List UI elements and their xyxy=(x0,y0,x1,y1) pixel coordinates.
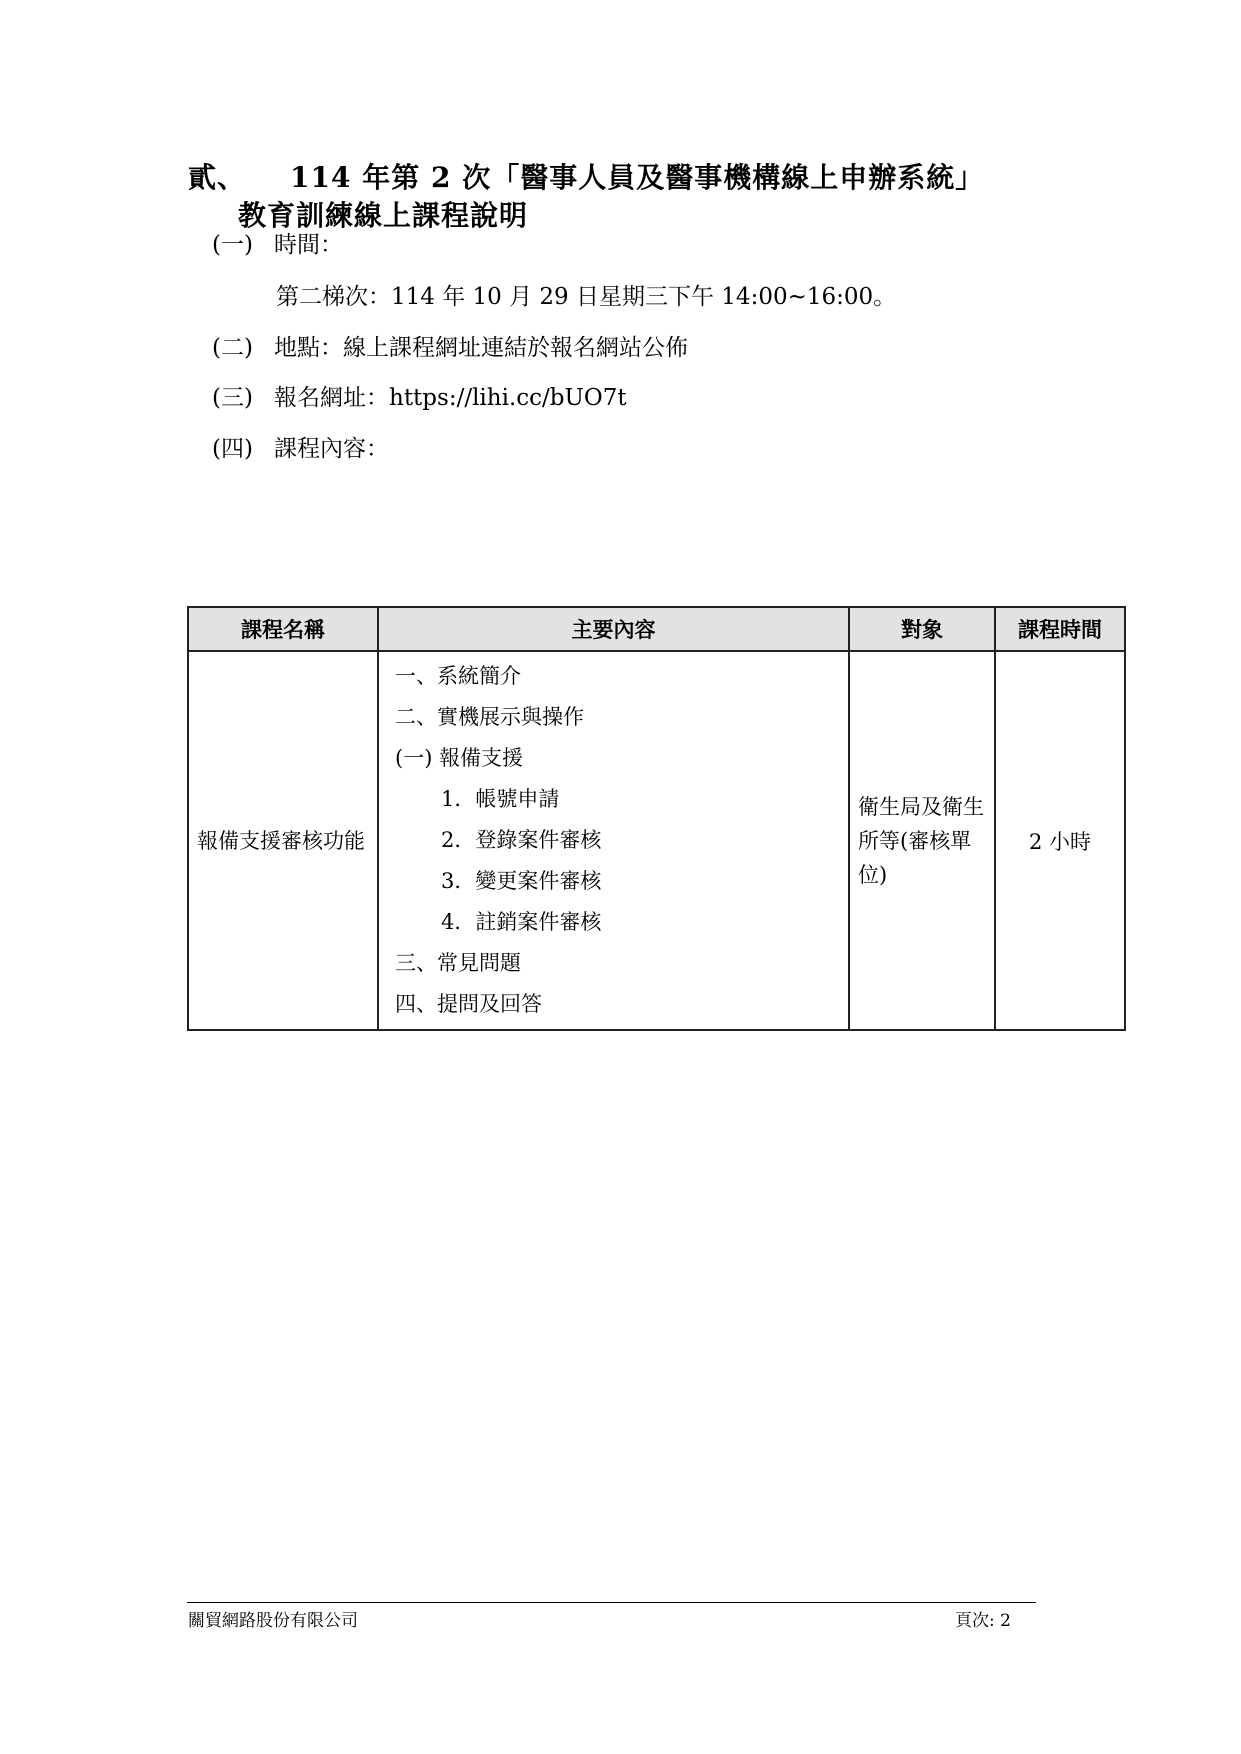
course-table: 課程名稱 主要內容 對象 課程時間 報備支援審核功能 一、系統簡介 二、實機展示… xyxy=(187,606,1126,1031)
content-line: 3．變更案件審核 xyxy=(395,861,832,902)
content-line: 二、實機展示與操作 xyxy=(395,697,832,738)
section-content: (四)課程內容： xyxy=(212,434,389,464)
cell-duration: 2 小時 xyxy=(995,651,1125,1030)
footer-page-number: 頁次: 2 xyxy=(955,1606,1011,1631)
section-mark: (三) xyxy=(212,383,274,413)
section-mark: (二) xyxy=(212,333,274,363)
content-line: 1．帳號申請 xyxy=(395,779,832,820)
footer-divider xyxy=(187,1602,1036,1603)
heading-number: 貳、 xyxy=(188,161,246,194)
footer-company: 關貿網路股份有限公司 xyxy=(188,1606,358,1631)
section-mark: (一) xyxy=(212,230,274,260)
table-row: 報備支援審核功能 一、系統簡介 二、實機展示與操作 (一) 報備支援 1．帳號申… xyxy=(188,651,1125,1030)
schedule-text: 第二梯次：114 年 10 月 29 日星期三下午 14:00~16:00。 xyxy=(276,282,896,312)
table-header-row: 課程名稱 主要內容 對象 課程時間 xyxy=(188,607,1125,651)
section-location: (二)地點：線上課程網址連結於報名網站公佈 xyxy=(212,333,688,363)
cell-course-name: 報備支援審核功能 xyxy=(188,651,378,1030)
header-course-name: 課程名稱 xyxy=(188,607,378,651)
registration-link[interactable]: 報名網址：https://lihi.cc/bUO7t xyxy=(274,385,627,411)
section-mark: (四) xyxy=(212,434,274,464)
section-label: 課程內容： xyxy=(274,436,389,462)
header-audience: 對象 xyxy=(849,607,995,651)
cell-content: 一、系統簡介 二、實機展示與操作 (一) 報備支援 1．帳號申請 2．登錄案件審… xyxy=(378,651,849,1030)
heading-line1: 114 年第 2 次「醫事人員及醫事機構線上申辦系統」 xyxy=(290,161,984,194)
section-time: (一)時間： xyxy=(212,230,343,260)
section-registration: (三)報名網址：https://lihi.cc/bUO7t xyxy=(212,383,627,413)
content-line: 一、系統簡介 xyxy=(395,656,832,697)
section-label: 時間： xyxy=(274,232,343,258)
section-label: 地點：線上課程網址連結於報名網站公佈 xyxy=(274,335,688,361)
cell-audience: 衛生局及衛生所等(審核單位) xyxy=(849,651,995,1030)
content-line: (一) 報備支援 xyxy=(395,738,832,779)
content-line: 4．註銷案件審核 xyxy=(395,902,832,943)
content-line: 四、提問及回答 xyxy=(395,984,832,1025)
header-content: 主要內容 xyxy=(378,607,849,651)
header-duration: 課程時間 xyxy=(995,607,1125,651)
content-line: 2．登錄案件審核 xyxy=(395,820,832,861)
content-line: 三、常見問題 xyxy=(395,943,832,984)
